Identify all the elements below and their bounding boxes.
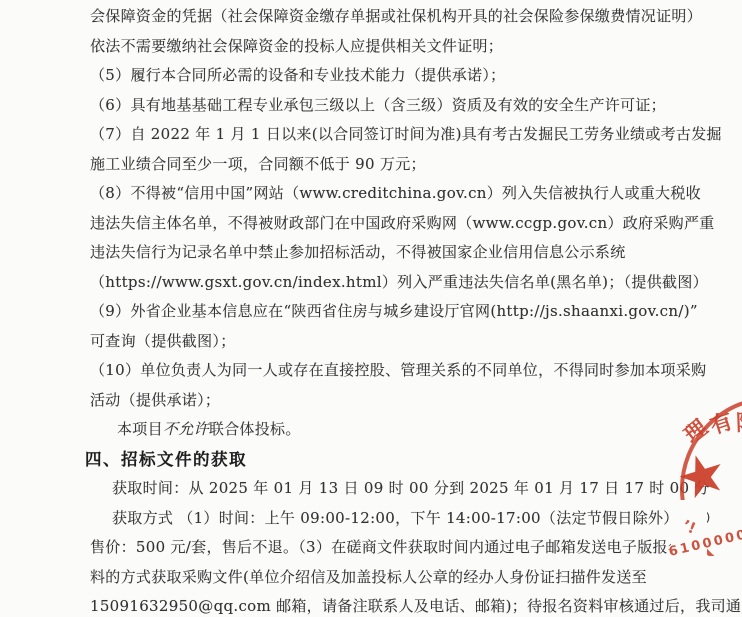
document-page: 会保障资金的凭据（社会保障资金缴存单据或社保机构开具的社会保险参保缴费情况证明）… (0, 0, 742, 617)
document-line: 依法不需要缴纳社会保障资金的投标人应提供相关文件证明； (90, 32, 742, 62)
section-heading: 四、招标文件的获取 (85, 445, 742, 475)
document-line: 施工业绩合同至少一项，合同额不低于 90 万元； (90, 150, 742, 180)
document-line: （8）不得被“信用中国”网站（www.creditchina.gov.cn）列入… (90, 179, 742, 209)
joint-venture-statement: 本项目不允许联合体投标。 (90, 415, 742, 445)
document-line: 违法失信主体名单，不得被财政部门在中国政府采购网（www.ccgp.gov.cn… (90, 209, 742, 239)
document-line: 活动（提供承诺）； (90, 386, 742, 416)
seal-ink-fade (671, 556, 742, 596)
document-line: 15091632950@qq.com 邮箱，请备注联系人及电话、邮箱)；待报名资… (90, 592, 742, 617)
document-line: （https://www.gsxt.gov.cn/index.html）列入严重… (90, 268, 742, 298)
document-line: （6）具有地基基础工程专业承包三级以上（含三级）资质及有效的安全生产许可证； (90, 91, 742, 121)
document-text-column: 会保障资金的凭据（社会保障资金缴存单据或社保机构开具的社会保险参保缴费情况证明）… (90, 2, 742, 617)
joint-venture-emphasis: 不允许 (163, 420, 209, 438)
document-line: 售价：500 元/套，售后不退。（3）在磋商文件获取时间内通过电子邮箱发送电子版… (90, 533, 742, 563)
joint-venture-suffix: 联合体投标。 (209, 420, 301, 438)
document-line: 会保障资金的凭据（社会保障资金缴存单据或社保机构开具的社会保险参保缴费情况证明） (90, 2, 742, 32)
document-line: 料的方式获取采购文件(单位介绍信及加盖投标人公章的经办人身份证扫描件发送至 (90, 563, 742, 593)
document-line: （10）单位负责人为同一人或存在直接控股、管理关系的不同单位，不得同时参加本项采… (90, 356, 742, 386)
document-line: 违法失信行为记录名单中禁止参加招标活动，不得被国家企业信用信息公示系统 (90, 238, 742, 268)
document-line: （7）自 2022 年 1 月 1 日以来(以合同签订时间为准)具有考古发掘民工… (90, 120, 742, 150)
document-line: （9）外省企业基本信息应在“陕西省住房与城乡建设厅官网(http://js.sh… (90, 297, 742, 327)
document-line: （5）履行本合同所必需的设备和专业技术能力（提供承诺）； (90, 61, 742, 91)
document-line: 可查询（提供截图）； (90, 327, 742, 357)
seal-arc-character: 限 (735, 406, 742, 438)
acquisition-time-line: 获取时间：从 2025 年 01 月 13 日 09 时 00 分到 2025 … (90, 474, 742, 504)
joint-venture-prefix: 本项目 (117, 420, 163, 438)
acquisition-method-line: 获取方式 （1）时间：上午 09:00-12:00，下午 14:00-17:00… (90, 504, 742, 534)
